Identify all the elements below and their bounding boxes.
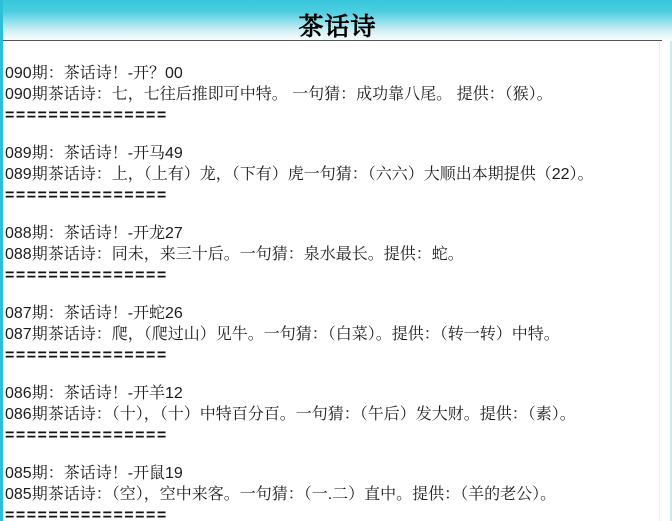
entry-separator: ===============: [5, 425, 662, 446]
entry-title: 088期：茶话诗！-开龙27: [5, 223, 662, 244]
entry-separator: ===============: [5, 505, 662, 521]
post-entry: 089期：茶话诗！-开马49 089期茶话诗：上，（上有）龙，（下有）虎一句猜：…: [5, 143, 662, 206]
post-entry: 086期：茶话诗！-开羊12 086期茶话诗：（十），（十）中特百分百。一句猜：…: [5, 383, 662, 446]
entry-separator: ===============: [5, 265, 662, 286]
post-entry: 090期：茶话诗！-开？00 090期茶话诗：七，七往后推即可中特。 一句猜：成…: [5, 63, 662, 126]
header-divider: [3, 40, 662, 41]
post-entry: 088期：茶话诗！-开龙27 088期茶话诗：同未，来三十后。一句猜：泉水最长。…: [5, 223, 662, 286]
entry-title: 086期：茶话诗！-开羊12: [5, 383, 662, 404]
entry-separator: ===============: [5, 105, 662, 126]
entry-separator: ===============: [5, 185, 662, 206]
post-list: 090期：茶话诗！-开？00 090期茶话诗：七，七往后推即可中特。 一句猜：成…: [3, 41, 672, 521]
entry-content: 085期茶话诗：（空），空中来客。一句猜：（一.二）直中。提供：（羊的老公）。: [5, 484, 662, 505]
entry-content: 089期茶话诗：上，（上有）龙，（下有）虎一句猜：（六六）大顺出本期提供（22）…: [5, 164, 662, 185]
entry-title: 087期：茶话诗！-开蛇26: [5, 303, 662, 324]
entry-content: 087期茶话诗：爬，（爬过山）见牛。一句猜：（白菜）。提供：（转一转）中特。: [5, 324, 662, 345]
entry-content: 090期茶话诗：七，七往后推即可中特。 一句猜：成功靠八尾。 提供：（猴）。: [5, 84, 662, 105]
post-entry: 085期：茶话诗！-开鼠19 085期茶话诗：（空），空中来客。一句猜：（一.二…: [5, 463, 662, 521]
page-header: 茶话诗: [3, 0, 672, 41]
entry-title: 089期：茶话诗！-开马49: [5, 143, 662, 164]
entry-title: 090期：茶话诗！-开？00: [5, 63, 662, 84]
entry-content: 088期茶话诗：同未，来三十后。一句猜：泉水最长。提供：蛇。: [5, 244, 662, 265]
page: 茶话诗 090期：茶话诗！-开？00 090期茶话诗：七，七往后推即可中特。 一…: [0, 0, 672, 521]
page-title: 茶话诗: [3, 15, 672, 40]
entry-content: 086期茶话诗：（十），（十）中特百分百。一句猜：（午后）发大财。提供：（素）。: [5, 404, 662, 425]
entry-title: 085期：茶话诗！-开鼠19: [5, 463, 662, 484]
post-entry: 087期：茶话诗！-开蛇26 087期茶话诗：爬，（爬过山）见牛。一句猜：（白菜…: [5, 303, 662, 366]
entry-separator: ===============: [5, 345, 662, 366]
